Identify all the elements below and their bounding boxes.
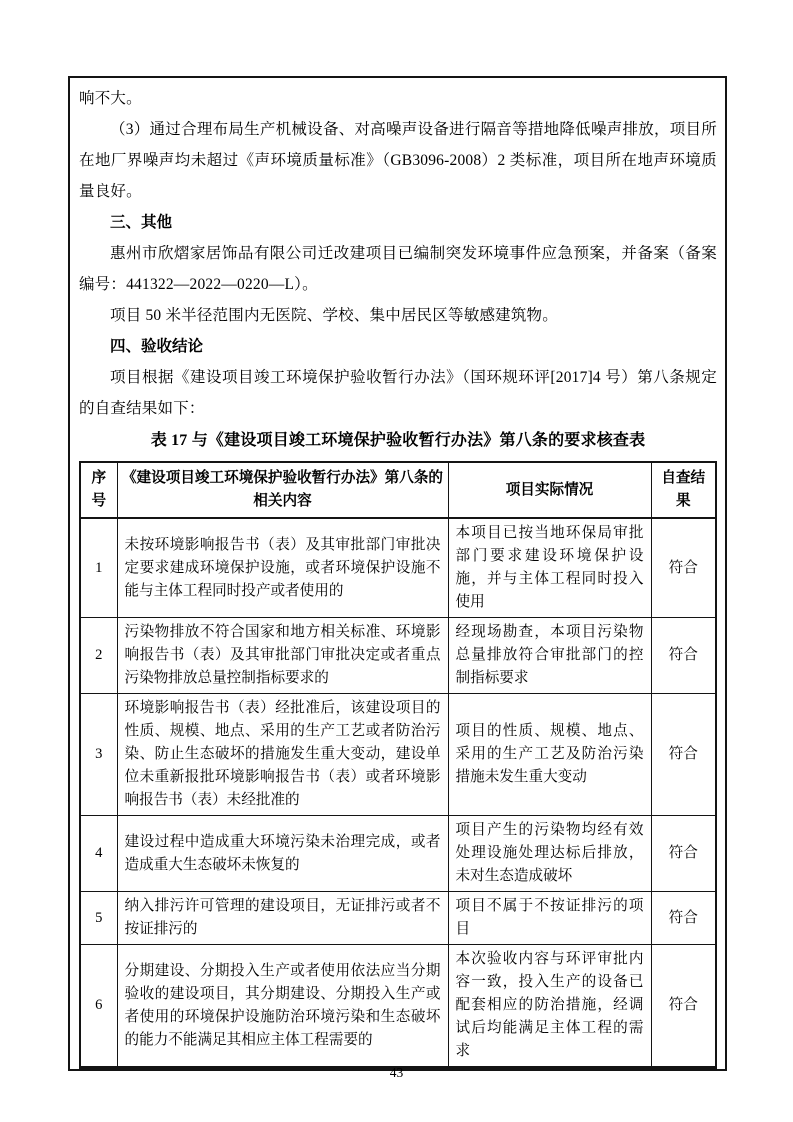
- row-actual: 经现场勘查，本项目污染物总量排放符合审批部门的控制指标要求: [448, 618, 651, 694]
- row-actual: 本项目已按当地环保局审批部门要求建设环境保护设施，并与主体工程同时投入使用: [448, 518, 651, 618]
- row-requirement: 未按环境影响报告书（表）及其审批部门审批决定要求建成环境保护设施，或者环境保护设…: [117, 518, 448, 618]
- paragraph-sensitive-buildings: 项目 50 米半径范围内无医院、学校、集中居民区等敏感建筑物。: [79, 300, 717, 331]
- header-cell-actual: 项目实际情况: [448, 462, 651, 518]
- header-cell-no: 序号: [80, 462, 117, 518]
- table-row: 4 建设过程中造成重大环境污染未治理完成，或者造成重大生态破坏未恢复的 项目产生…: [80, 816, 716, 892]
- self-check-table: 序号 《建设项目竣工环境保护验收暂行办法》第八条的相关内容 项目实际情况 自查结…: [79, 461, 717, 1069]
- row-result: 符合: [651, 618, 716, 694]
- row-actual: 本次验收内容与环评审批内容一致，投入生产的设备已配套相应的防治措施，经调试后均能…: [448, 945, 651, 1068]
- table-row: 6 分期建设、分期投入生产或者使用依法应当分期验收的建设项目，其分期建设、分期投…: [80, 945, 716, 1068]
- row-result: 符合: [651, 945, 716, 1068]
- row-result: 符合: [651, 892, 716, 945]
- table-row: 2 污染物排放不符合国家和地方相关标准、环境影响报告书（表）及其审批部门审批决定…: [80, 618, 716, 694]
- table-row: 3 环境影响报告书（表）经批准后，该建设项目的性质、规模、地点、采用的生产工艺或…: [80, 694, 716, 816]
- row-result: 符合: [651, 694, 716, 816]
- row-actual: 项目不属于不按证排污的项目: [448, 892, 651, 945]
- row-requirement: 污染物排放不符合国家和地方相关标准、环境影响报告书（表）及其审批部门审批决定或者…: [117, 618, 448, 694]
- row-actual: 项目的性质、规模、地点、采用的生产工艺及防治污染措施未发生重大变动: [448, 694, 651, 816]
- row-no: 4: [80, 816, 117, 892]
- table-row: 1 未按环境影响报告书（表）及其审批部门审批决定要求建成环境保护设施，或者环境保…: [80, 518, 716, 618]
- row-actual: 项目产生的污染物均经有效处理设施处理达标后排放，未对生态造成破坏: [448, 816, 651, 892]
- row-requirement: 建设过程中造成重大环境污染未治理完成，或者造成重大生态破坏未恢复的: [117, 816, 448, 892]
- row-requirement: 环境影响报告书（表）经批准后，该建设项目的性质、规模、地点、采用的生产工艺或者防…: [117, 694, 448, 816]
- row-requirement: 分期建设、分期投入生产或者使用依法应当分期验收的建设项目，其分期建设、分期投入生…: [117, 945, 448, 1068]
- paragraph-emergency-plan: 惠州市欣熠家居饰品有限公司迁改建项目已编制突发环境事件应急预案，并备案（备案编号…: [79, 238, 717, 300]
- paragraph-self-check-intro: 项目根据《建设项目竣工环境保护验收暂行办法》（国环规环评[2017]4 号）第八…: [79, 362, 717, 424]
- row-no: 1: [80, 518, 117, 618]
- row-no: 3: [80, 694, 117, 816]
- row-no: 2: [80, 618, 117, 694]
- paragraph-noise-tail: 响不大。: [79, 83, 717, 114]
- table-header-row: 序号 《建设项目竣工环境保护验收暂行办法》第八条的相关内容 项目实际情况 自查结…: [80, 462, 716, 518]
- table-row: 5 纳入排污许可管理的建设项目，无证排污或者不按证排污的 项目不属于不按证排污的…: [80, 892, 716, 945]
- header-cell-result: 自查结果: [651, 462, 716, 518]
- section-heading-other: 三、其他: [79, 207, 717, 238]
- page-number: 43: [0, 1063, 793, 1083]
- paragraph-noise-measure: （3）通过合理布局生产机械设备、对高噪声设备进行隔音等措地降低噪声排放，项目所在…: [79, 114, 717, 207]
- row-result: 符合: [651, 816, 716, 892]
- document-page: { "document": { "paragraphs": { "noise_t…: [0, 0, 793, 1122]
- header-cell-requirement: 《建设项目竣工环境保护验收暂行办法》第八条的相关内容: [117, 462, 448, 518]
- section-heading-conclusion: 四、验收结论: [79, 331, 717, 362]
- content-frame: 响不大。 （3）通过合理布局生产机械设备、对高噪声设备进行隔音等措地降低噪声排放…: [68, 76, 727, 1071]
- row-result: 符合: [651, 518, 716, 618]
- row-no: 6: [80, 945, 117, 1068]
- row-no: 5: [80, 892, 117, 945]
- row-requirement: 纳入排污许可管理的建设项目，无证排污或者不按证排污的: [117, 892, 448, 945]
- table-caption: 表 17 与《建设项目竣工环境保护验收暂行办法》第八条的要求核查表: [79, 426, 717, 456]
